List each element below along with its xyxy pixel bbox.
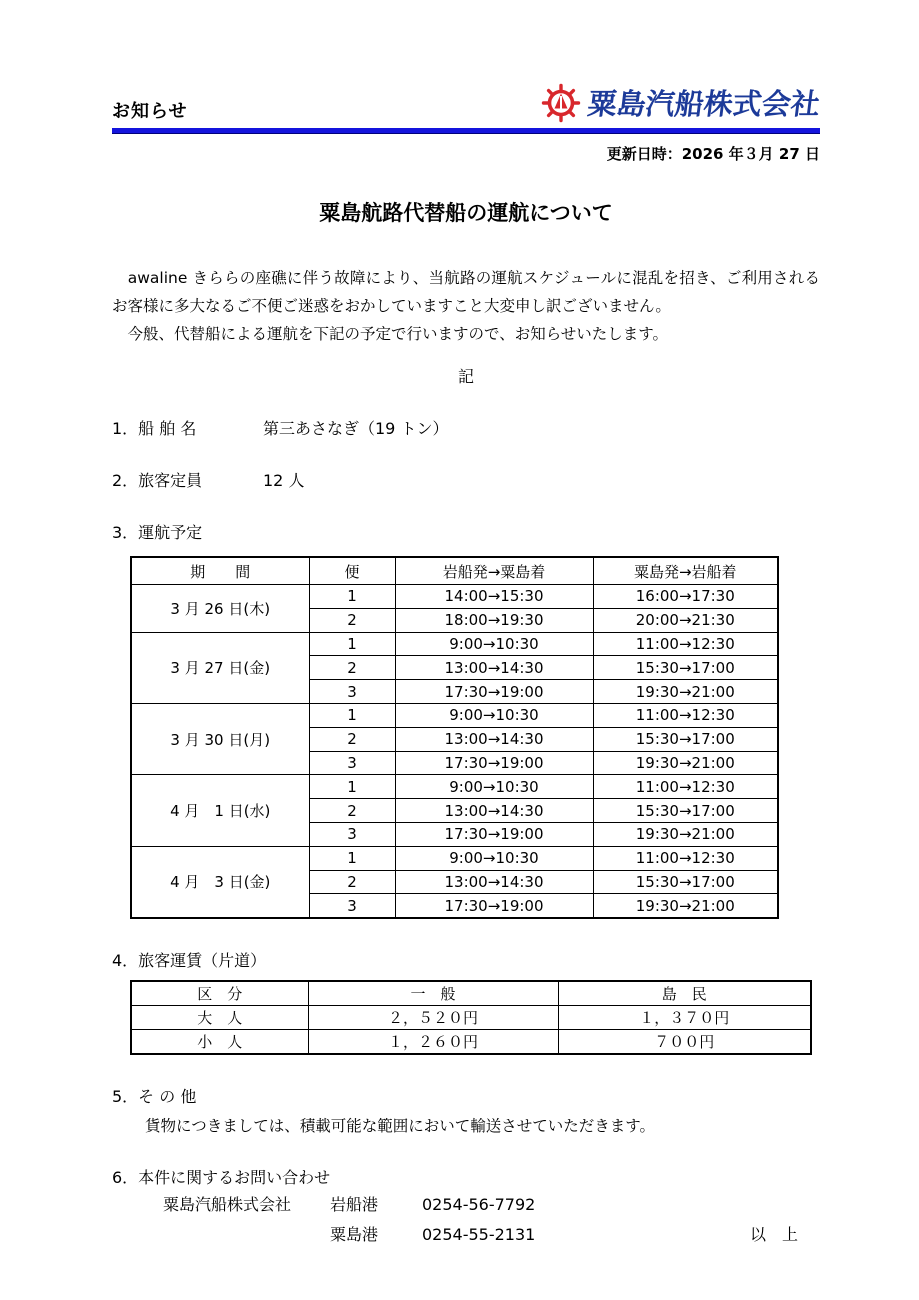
schedule-time-cell: 9:00→10:30 <box>395 846 593 870</box>
schedule-date-cell: 3 月 26 日(木) <box>131 585 309 633</box>
item-other-heading: 5．そ の 他 <box>112 1084 820 1107</box>
schedule-time-cell: 15:30→17:00 <box>593 870 778 894</box>
fare-header-cell: 島 民 <box>558 981 811 1006</box>
other-heading-label: 5．そ の 他 <box>112 1084 196 1107</box>
update-date: 更新日時：2026 年３月 27 日 <box>112 143 820 164</box>
schedule-time-cell: 18:00→19:30 <box>395 608 593 632</box>
record-marker: 記 <box>112 364 820 387</box>
capacity-value: 12 人 <box>263 468 304 491</box>
contact-row-iwafune: 粟島汽船株式会社 岩船港 0254-56-7792 <box>112 1190 820 1220</box>
schedule-trip-number-cell: 2 <box>309 870 395 894</box>
schedule-time-cell: 11:00→12:30 <box>593 703 778 727</box>
schedule-date-cell: 3 月 30 日(月) <box>131 703 309 774</box>
schedule-header-cell: 便 <box>309 557 395 585</box>
schedule-time-cell: 17:30→19:00 <box>395 751 593 775</box>
ship-wheel-icon <box>541 83 581 123</box>
schedule-trip-number-cell: 1 <box>309 775 395 799</box>
body-paragraph-announcement: 今般、代替船による運航を下記の予定で行いますので、お知らせいたします。 <box>112 320 820 348</box>
schedule-time-cell: 11:00→12:30 <box>593 632 778 656</box>
fare-price-cell: ２，５２０円 <box>308 1006 558 1030</box>
schedule-trip-number-cell: 2 <box>309 799 395 823</box>
schedule-time-cell: 15:30→17:00 <box>593 656 778 680</box>
schedule-time-cell: 9:00→10:30 <box>395 775 593 799</box>
fare-price-cell: １，３７０円 <box>558 1006 811 1030</box>
header-divider <box>112 128 820 134</box>
schedule-time-cell: 9:00→10:30 <box>395 632 593 656</box>
schedule-row: 3 月 27 日(金)19:00→10:3011:00→12:30 <box>131 632 778 656</box>
fare-row: 大 人２，５２０円１，３７０円 <box>131 1006 811 1030</box>
schedule-date-cell: 4 月 1 日(水) <box>131 775 309 846</box>
contact-port-awashima: 粟島港 <box>330 1220 422 1250</box>
schedule-time-cell: 17:30→19:00 <box>395 680 593 704</box>
item-ship-name: 1．船 舶 名 第三あさなぎ（19 トン） <box>112 416 820 439</box>
page-title: 粟島航路代替船の運航について <box>112 197 820 227</box>
schedule-row: 4 月 3 日(金)19:00→10:3011:00→12:30 <box>131 846 778 870</box>
contact-company-spacer <box>163 1220 330 1250</box>
fare-price-cell: ７００円 <box>558 1030 811 1055</box>
schedule-trip-number-cell: 2 <box>309 727 395 751</box>
schedule-date-cell: 4 月 3 日(金) <box>131 846 309 918</box>
schedule-trip-number-cell: 2 <box>309 608 395 632</box>
fare-category-cell: 大 人 <box>131 1006 308 1030</box>
contact-company-name: 粟島汽船株式会社 <box>163 1190 330 1220</box>
schedule-time-cell: 19:30→21:00 <box>593 680 778 704</box>
schedule-time-cell: 9:00→10:30 <box>395 703 593 727</box>
item-fare-heading: 4．旅客運賃（片道） <box>112 948 820 971</box>
capacity-label: 2．旅客定員 <box>112 468 263 491</box>
document-page: お知らせ 粟島汽船株式会社 更新日時：2026 年３月 <box>0 0 919 1250</box>
schedule-time-cell: 15:30→17:00 <box>593 727 778 751</box>
contact-block: 粟島汽船株式会社 岩船港 0254-56-7792 粟島港 0254-55-21… <box>112 1190 820 1250</box>
schedule-header-cell: 岩船発→粟島着 <box>395 557 593 585</box>
closing-marker: 以 上 <box>750 1220 798 1250</box>
schedule-trip-number-cell: 1 <box>309 585 395 609</box>
item-capacity: 2．旅客定員 12 人 <box>112 468 820 491</box>
company-logo: 粟島汽船株式会社 <box>541 82 820 123</box>
contact-heading-label: 6．本件に関するお問い合わせ <box>112 1165 330 1188</box>
contact-phone-iwafune: 0254-56-7792 <box>422 1190 535 1220</box>
schedule-time-cell: 11:00→12:30 <box>593 846 778 870</box>
schedule-time-cell: 13:00→14:30 <box>395 799 593 823</box>
schedule-time-cell: 20:00→21:30 <box>593 608 778 632</box>
ship-name-value: 第三あさなぎ（19 トン） <box>263 416 448 439</box>
schedule-time-cell: 14:00→15:30 <box>395 585 593 609</box>
other-body-text: 貨物につきましては、積載可能な範囲において輸送させていただきます。 <box>145 1114 820 1136</box>
schedule-time-cell: 17:30→19:00 <box>395 822 593 846</box>
schedule-header-cell: 粟島発→岩船着 <box>593 557 778 585</box>
schedule-trip-number-cell: 3 <box>309 894 395 918</box>
schedule-time-cell: 11:00→12:30 <box>593 775 778 799</box>
schedule-time-cell: 19:30→21:00 <box>593 822 778 846</box>
schedule-trip-number-cell: 3 <box>309 822 395 846</box>
schedule-trip-number-cell: 1 <box>309 846 395 870</box>
schedule-row: 4 月 1 日(水)19:00→10:3011:00→12:30 <box>131 775 778 799</box>
fare-row: 小 人１，２６０円７００円 <box>131 1030 811 1055</box>
schedule-trip-number-cell: 2 <box>309 656 395 680</box>
schedule-date-cell: 3 月 27 日(金) <box>131 632 309 703</box>
ship-name-label: 1．船 舶 名 <box>112 416 263 439</box>
schedule-trip-number-cell: 1 <box>309 632 395 656</box>
fare-heading-label: 4．旅客運賃（片道） <box>112 948 266 971</box>
item-schedule-heading: 3．運航予定 <box>112 520 820 543</box>
schedule-row: 3 月 26 日(木)114:00→15:3016:00→17:30 <box>131 585 778 609</box>
schedule-time-cell: 17:30→19:00 <box>395 894 593 918</box>
schedule-trip-number-cell: 3 <box>309 680 395 704</box>
schedule-row: 3 月 30 日(月)19:00→10:3011:00→12:30 <box>131 703 778 727</box>
schedule-table: 期 間便岩船発→粟島着粟島発→岩船着 3 月 26 日(木)114:00→15:… <box>130 556 779 919</box>
intro-text: awaline きららの座礁に伴う故障により、当航路の運航スケジュールに混乱を招… <box>112 264 820 348</box>
schedule-time-cell: 19:30→21:00 <box>593 751 778 775</box>
schedule-trip-number-cell: 1 <box>309 703 395 727</box>
company-name: 粟島汽船株式会社 <box>585 82 822 123</box>
fare-price-cell: １，２６０円 <box>308 1030 558 1055</box>
schedule-time-cell: 15:30→17:00 <box>593 799 778 823</box>
schedule-time-cell: 13:00→14:30 <box>395 727 593 751</box>
item-contact-heading: 6．本件に関するお問い合わせ <box>112 1165 820 1188</box>
body-paragraph-apology: awaline きららの座礁に伴う故障により、当航路の運航スケジュールに混乱を招… <box>112 264 820 320</box>
notice-label: お知らせ <box>112 97 187 123</box>
fare-category-cell: 小 人 <box>131 1030 308 1055</box>
schedule-time-cell: 13:00→14:30 <box>395 870 593 894</box>
schedule-heading-label: 3．運航予定 <box>112 520 202 543</box>
schedule-time-cell: 13:00→14:30 <box>395 656 593 680</box>
fare-header-cell: 一 般 <box>308 981 558 1006</box>
contact-port-iwafune: 岩船港 <box>330 1190 422 1220</box>
fare-table: 区 分一 般島 民 大 人２，５２０円１，３７０円小 人１，２６０円７００円 <box>130 980 812 1055</box>
document-header: お知らせ 粟島汽船株式会社 <box>112 82 820 123</box>
schedule-time-cell: 16:00→17:30 <box>593 585 778 609</box>
schedule-trip-number-cell: 3 <box>309 751 395 775</box>
contact-phone-awashima: 0254-55-2131 <box>422 1220 535 1250</box>
schedule-header-cell: 期 間 <box>131 557 309 585</box>
contact-row-awashima: 粟島港 0254-55-2131 以 上 <box>112 1220 820 1250</box>
fare-header-cell: 区 分 <box>131 981 308 1006</box>
schedule-time-cell: 19:30→21:00 <box>593 894 778 918</box>
